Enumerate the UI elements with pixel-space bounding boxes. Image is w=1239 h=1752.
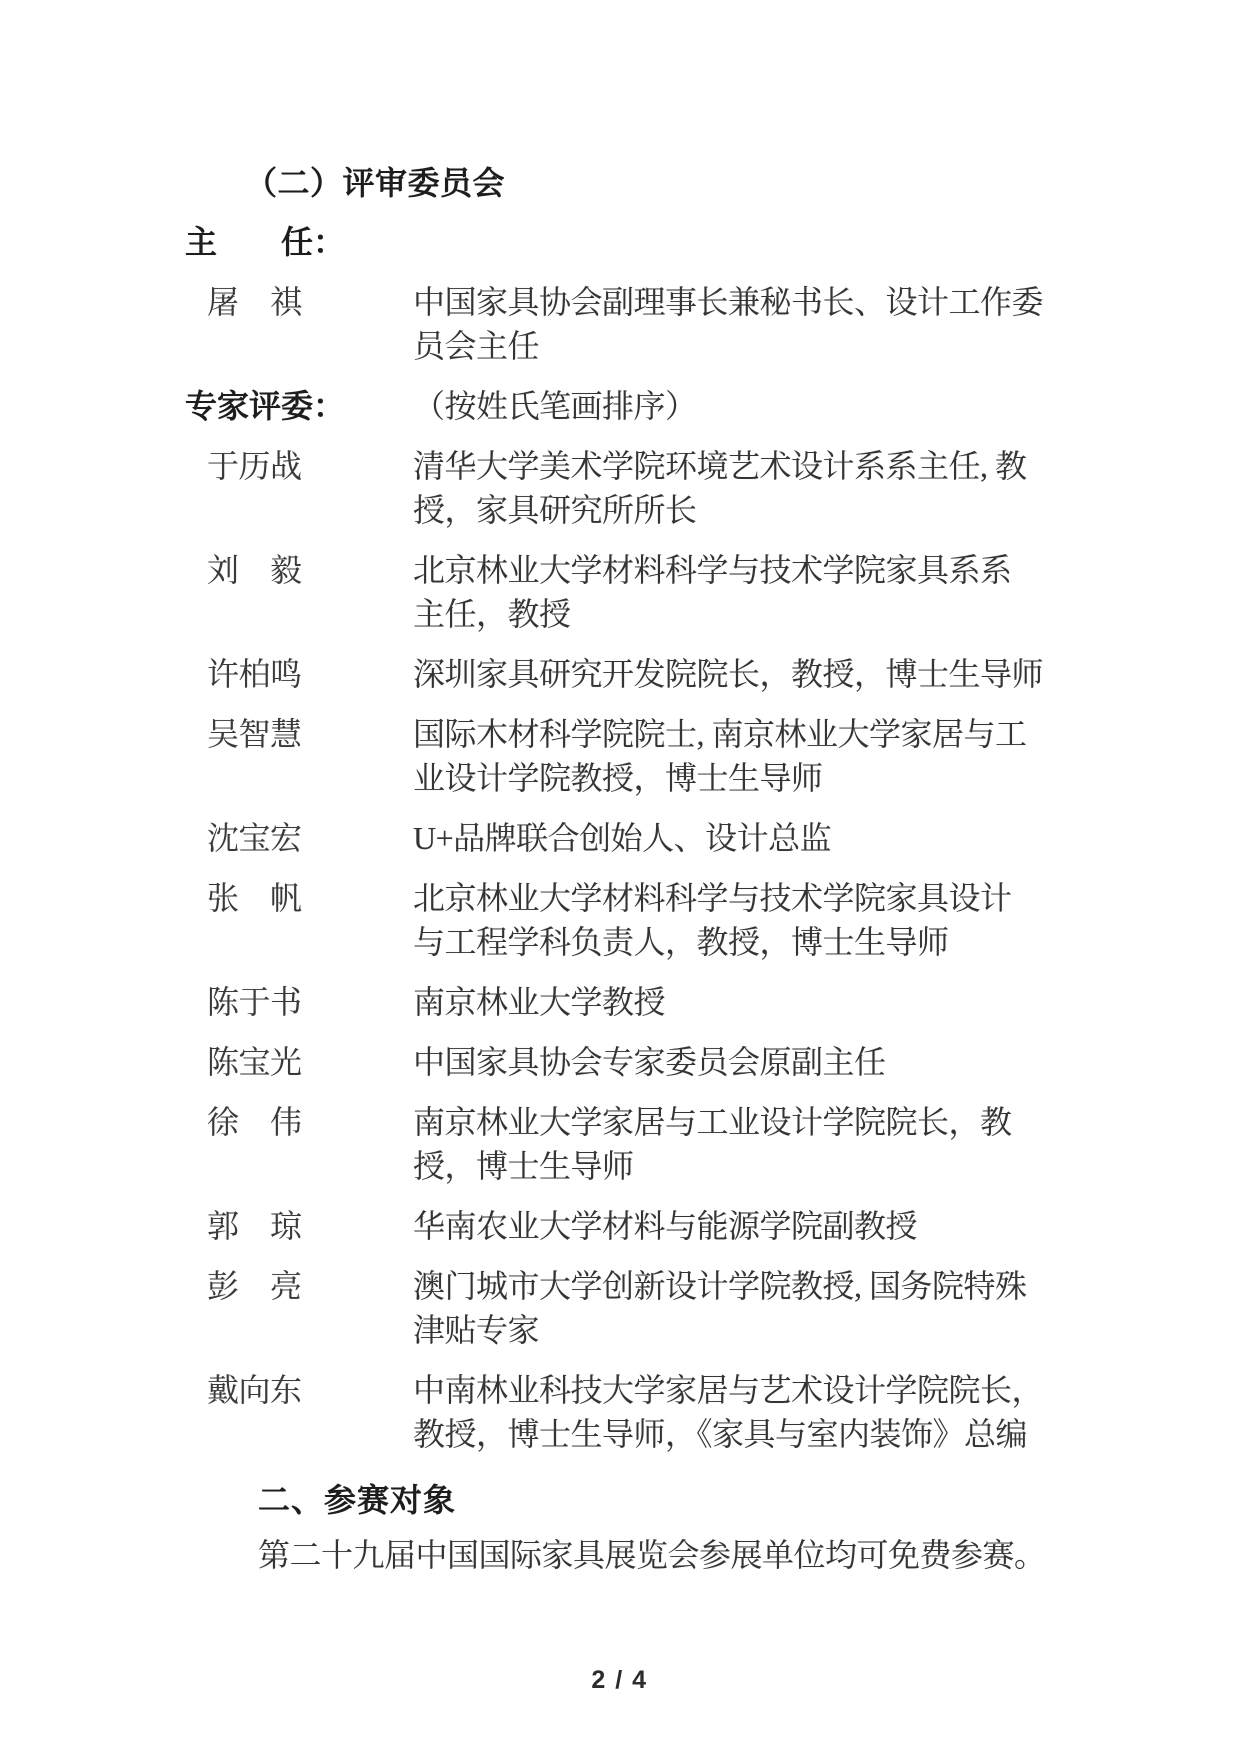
member-description: 中国家具协会专家委员会原副主任 bbox=[413, 1040, 1057, 1084]
page-number: 2 / 4 bbox=[0, 1666, 1239, 1695]
member-description: 北京林业大学材料科学与技术学院家具设计 与工程学科负责人，教授，博士生导师 bbox=[413, 876, 1057, 964]
jury-member-row: 郭 琼 华南农业大学材料与能源学院副教授 bbox=[185, 1204, 1057, 1248]
chair-label-row: 主 任： bbox=[185, 220, 1057, 264]
section-heading-participants: 二、参赛对象 bbox=[185, 1478, 1057, 1522]
member-name: 陈宝光 bbox=[185, 1040, 413, 1084]
member-name: 刘 毅 bbox=[185, 548, 413, 592]
member-description: 澳门城市大学创新设计学院教授, 国务院特殊 津贴专家 bbox=[413, 1264, 1057, 1352]
section-heading-jury-committee: （二）评审委员会 bbox=[185, 165, 1057, 201]
member-description-line: 授，博士生导师 bbox=[413, 1144, 1057, 1188]
member-description: 国际木材科学院院士, 南京林业大学家居与工 业设计学院教授，博士生导师 bbox=[413, 712, 1057, 800]
member-description: 华南农业大学材料与能源学院副教授 bbox=[413, 1204, 1057, 1248]
member-description-line: 主任，教授 bbox=[413, 592, 1057, 636]
member-description-line: 中南林业科技大学家居与艺术设计学院院长， bbox=[413, 1368, 1057, 1412]
member-description: 中南林业科技大学家居与艺术设计学院院长， 教授，博士生导师，《家具与室内装饰》总… bbox=[413, 1368, 1057, 1456]
member-name: 戴向东 bbox=[185, 1368, 413, 1412]
member-name: 郭 琼 bbox=[185, 1204, 413, 1248]
member-name: 彭 亮 bbox=[185, 1264, 413, 1308]
jury-member-row: 陈于书 南京林业大学教授 bbox=[185, 980, 1057, 1024]
member-description-line: 中国家具协会专家委员会原副主任 bbox=[413, 1040, 1057, 1084]
member-description: 南京林业大学教授 bbox=[413, 980, 1057, 1024]
jury-member-row: 于历战 清华大学美术学院环境艺术设计系系主任, 教 授，家具研究所所长 bbox=[185, 444, 1057, 532]
document-page: （二）评审委员会 主 任： 屠 祺 中国家具协会副理事长兼秘书长、设计工作委 员… bbox=[0, 0, 1239, 1752]
member-name: 张 帆 bbox=[185, 876, 413, 920]
member-name: 沈宝宏 bbox=[185, 816, 413, 860]
experts-sort-note: （按姓氏笔画排序） bbox=[413, 384, 1057, 428]
jury-member-row: 许柏鸣 深圳家具研究开发院院长，教授，博士生导师 bbox=[185, 652, 1057, 696]
member-description: 深圳家具研究开发院院长，教授，博士生导师 bbox=[413, 652, 1057, 696]
member-description-line: 北京林业大学材料科学与技术学院家具设计 bbox=[413, 876, 1057, 920]
member-description-line: 华南农业大学材料与能源学院副教授 bbox=[413, 1204, 1057, 1248]
experts-label: 专家评委： bbox=[185, 384, 413, 428]
member-name: 许柏鸣 bbox=[185, 652, 413, 696]
member-description-line: 业设计学院教授，博士生导师 bbox=[413, 756, 1057, 800]
member-name: 于历战 bbox=[185, 444, 413, 488]
member-description-line: 南京林业大学教授 bbox=[413, 980, 1057, 1024]
member-description: 南京林业大学家居与工业设计学院院长，教 授，博士生导师 bbox=[413, 1100, 1057, 1188]
chair-label: 主 任： bbox=[185, 220, 413, 264]
page-content: （二）评审委员会 主 任： 屠 祺 中国家具协会副理事长兼秘书长、设计工作委 员… bbox=[185, 165, 1057, 1577]
jury-member-row: 徐 伟 南京林业大学家居与工业设计学院院长，教 授，博士生导师 bbox=[185, 1100, 1057, 1188]
member-description-line: 清华大学美术学院环境艺术设计系系主任, 教 bbox=[413, 444, 1057, 488]
member-description-line: 教授，博士生导师，《家具与室内装饰》总编 bbox=[413, 1412, 1057, 1456]
member-description: U+品牌联合创始人、设计总监 bbox=[413, 816, 1057, 860]
member-name: 屠 祺 bbox=[185, 280, 413, 324]
jury-member-row: 张 帆 北京林业大学材料科学与技术学院家具设计 与工程学科负责人，教授，博士生导… bbox=[185, 876, 1057, 964]
member-description-line: 南京林业大学家居与工业设计学院院长，教 bbox=[413, 1100, 1057, 1144]
member-description-line: 北京林业大学材料科学与技术学院家具系系 bbox=[413, 548, 1057, 592]
member-description-line: 员会主任 bbox=[413, 324, 1057, 368]
experts-label-row: 专家评委： （按姓氏笔画排序） bbox=[185, 384, 1057, 428]
member-description-line: U+品牌联合创始人、设计总监 bbox=[413, 816, 1057, 860]
jury-member-row: 沈宝宏 U+品牌联合创始人、设计总监 bbox=[185, 816, 1057, 860]
participants-paragraph: 第二十九届中国国际家具展览会参展单位均可免费参赛。 bbox=[185, 1533, 1057, 1577]
member-description-line: 澳门城市大学创新设计学院教授, 国务院特殊 bbox=[413, 1264, 1057, 1308]
member-description-line: 深圳家具研究开发院院长，教授，博士生导师 bbox=[413, 652, 1057, 696]
member-description-line: 与工程学科负责人，教授，博士生导师 bbox=[413, 920, 1057, 964]
jury-member-row: 屠 祺 中国家具协会副理事长兼秘书长、设计工作委 员会主任 bbox=[185, 280, 1057, 368]
member-name: 徐 伟 bbox=[185, 1100, 413, 1144]
member-description-line: 国际木材科学院院士, 南京林业大学家居与工 bbox=[413, 712, 1057, 756]
member-description-line: 授，家具研究所所长 bbox=[413, 488, 1057, 532]
member-description-line: 津贴专家 bbox=[413, 1308, 1057, 1352]
jury-member-row: 戴向东 中南林业科技大学家居与艺术设计学院院长， 教授，博士生导师，《家具与室内… bbox=[185, 1368, 1057, 1456]
member-description: 中国家具协会副理事长兼秘书长、设计工作委 员会主任 bbox=[413, 280, 1057, 368]
jury-member-row: 陈宝光 中国家具协会专家委员会原副主任 bbox=[185, 1040, 1057, 1084]
jury-member-row: 刘 毅 北京林业大学材料科学与技术学院家具系系 主任，教授 bbox=[185, 548, 1057, 636]
member-name: 陈于书 bbox=[185, 980, 413, 1024]
member-name: 吴智慧 bbox=[185, 712, 413, 756]
member-description: 北京林业大学材料科学与技术学院家具系系 主任，教授 bbox=[413, 548, 1057, 636]
jury-member-row: 吴智慧 国际木材科学院院士, 南京林业大学家居与工 业设计学院教授，博士生导师 bbox=[185, 712, 1057, 800]
member-description: 清华大学美术学院环境艺术设计系系主任, 教 授，家具研究所所长 bbox=[413, 444, 1057, 532]
member-description-line: 中国家具协会副理事长兼秘书长、设计工作委 bbox=[413, 280, 1057, 324]
jury-member-row: 彭 亮 澳门城市大学创新设计学院教授, 国务院特殊 津贴专家 bbox=[185, 1264, 1057, 1352]
